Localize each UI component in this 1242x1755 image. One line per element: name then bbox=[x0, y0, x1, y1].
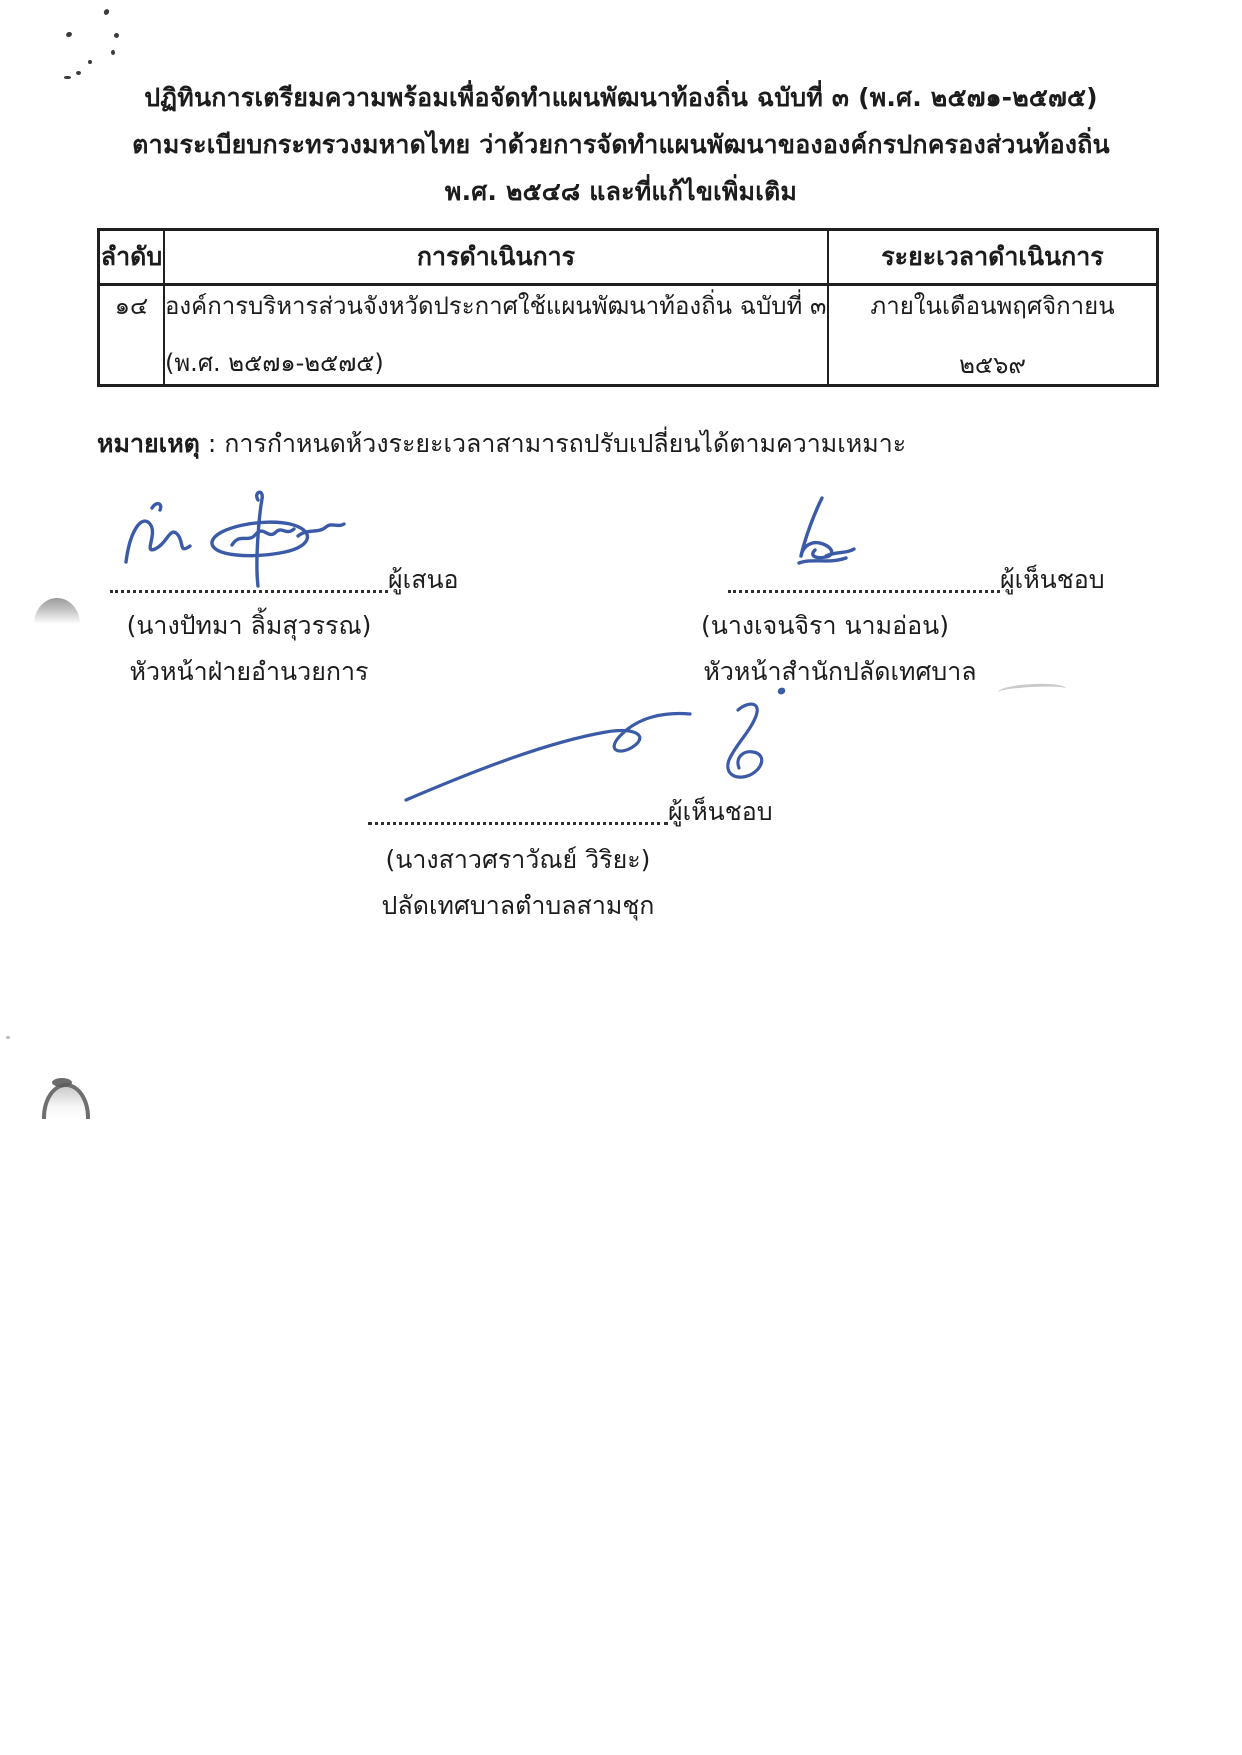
header-order: ลำดับ bbox=[99, 230, 165, 285]
header-period: ระยะเวลาดำเนินการ bbox=[828, 230, 1158, 285]
signer-title-2: หัวหน้าสำนักปลัดเทศบาล bbox=[690, 652, 990, 692]
role-label-approver-2: ผู้เห็นชอบ bbox=[668, 792, 773, 832]
action-line-2: (พ.ศ. ๒๕๗๑-๒๕๗๕) bbox=[165, 343, 827, 382]
action-line-1: องค์การบริหารส่วนจังหวัดประกาศใช้แผนพัฒน… bbox=[165, 286, 827, 325]
scan-dot bbox=[6, 1036, 10, 1039]
title-line-2: ตามระเบียบกระทรวงมหาดไทย ว่าด้วยการจัดทำ… bbox=[0, 121, 1242, 168]
remark-label: หมายเหตุ bbox=[97, 429, 200, 458]
ink-speck bbox=[65, 31, 72, 38]
remark-note: หมายเหตุ : การกำหนดห้วงระยะเวลาสามารถปรั… bbox=[97, 424, 906, 464]
scan-smudge bbox=[998, 682, 1067, 699]
signer-title-3: ปลัดเทศบาลตำบลสามชุก bbox=[368, 886, 668, 926]
role-label-approver-1: ผู้เห็นชอบ bbox=[1000, 560, 1105, 600]
ink-speck bbox=[111, 50, 115, 55]
hole-punch-artifact bbox=[34, 598, 80, 624]
scanned-document-page: ปฏิทินการเตรียมความพร้อมเพื่อจัดทำแผนพัฒ… bbox=[0, 0, 1242, 1755]
ink-speck bbox=[103, 8, 110, 16]
period-line-1: ภายในเดือนพฤศจิกายน bbox=[829, 286, 1156, 325]
period-line-2: ๒๕๖๙ bbox=[829, 345, 1156, 384]
title-line-3: พ.ศ. ๒๕๔๘ และที่แก้ไขเพิ่มเติม bbox=[0, 168, 1242, 215]
schedule-table: ลำดับ การดำเนินการ ระยะเวลาดำเนินการ ๑๔ … bbox=[97, 228, 1159, 387]
role-label-proposer: ผู้เสนอ bbox=[388, 560, 459, 600]
cell-period: ภายในเดือนพฤศจิกายน ๒๕๖๙ bbox=[828, 285, 1158, 386]
ink-speck bbox=[88, 60, 92, 64]
hole-punch-artifact-cap bbox=[52, 1078, 72, 1087]
dotted-signature-line bbox=[110, 590, 388, 593]
dotted-signature-line bbox=[728, 590, 1000, 593]
hole-punch-artifact bbox=[42, 1083, 90, 1119]
header-action: การดำเนินการ bbox=[164, 230, 828, 285]
signature-line-proposer: ผู้เสนอ bbox=[110, 560, 459, 600]
table-header-row: ลำดับ การดำเนินการ ระยะเวลาดำเนินการ bbox=[99, 230, 1158, 285]
signer-name-2: (นางเจนจิรา นามอ่อน) bbox=[690, 606, 960, 646]
signer-title-1: หัวหน้าฝ่ายอำนวยการ bbox=[110, 652, 388, 692]
signature-line-approver-1: ผู้เห็นชอบ bbox=[728, 560, 1105, 600]
ink-speck bbox=[114, 33, 119, 38]
title-line-1: ปฏิทินการเตรียมความพร้อมเพื่อจัดทำแผนพัฒ… bbox=[0, 74, 1242, 121]
document-title: ปฏิทินการเตรียมความพร้อมเพื่อจัดทำแผนพัฒ… bbox=[0, 74, 1242, 215]
cell-action: องค์การบริหารส่วนจังหวัดประกาศใช้แผนพัฒน… bbox=[164, 285, 828, 386]
cell-order: ๑๔ bbox=[99, 285, 165, 386]
dotted-signature-line bbox=[368, 822, 668, 825]
table-row: ๑๔ องค์การบริหารส่วนจังหวัดประกาศใช้แผนพ… bbox=[99, 285, 1158, 386]
signer-name-3: (นางสาวศราวัณย์ วิริยะ) bbox=[368, 840, 668, 880]
signature-line-approver-2: ผู้เห็นชอบ bbox=[368, 792, 773, 832]
signer-name-1: (นางปัทมา ลิ้มสุวรรณ) bbox=[110, 606, 388, 646]
remark-text: : การกำหนดห้วงระยะเวลาสามารถปรับเปลี่ยนไ… bbox=[200, 429, 906, 458]
